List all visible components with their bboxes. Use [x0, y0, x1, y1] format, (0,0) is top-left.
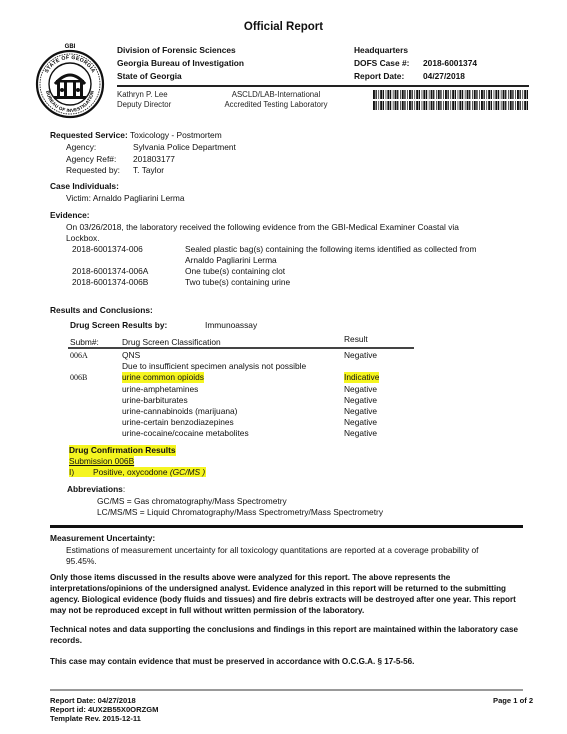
cell-result: Negative	[344, 406, 377, 417]
confirmation-submission: Submission 006B	[69, 456, 134, 467]
disclaimer-analysis: Only those items discussed in the result…	[50, 573, 530, 616]
confirmation-item-number: I)	[69, 467, 74, 478]
report-title: Official Report	[0, 20, 567, 35]
abbreviation-gcms: GC/MS = Gas chromatography/Mass Spectrom…	[97, 496, 287, 507]
svg-text:STATE OF GEORGIA: STATE OF GEORGIA	[44, 55, 96, 74]
agency-value: Sylvania Police Department	[133, 142, 236, 153]
cell-result: Negative	[344, 395, 377, 406]
agency-ref-label: Agency Ref#:	[66, 154, 116, 165]
evidence-item-desc: Two tube(s) containing urine	[185, 277, 290, 288]
table-row: urine-amphetaminesNegative	[70, 384, 415, 395]
uncertainty-text-cont: 95.45%.	[66, 556, 97, 567]
cell-classification: Due to insufficient specimen analysis no…	[122, 361, 306, 372]
cell-subm: 006B	[70, 373, 87, 383]
cell-result: Indicative	[344, 372, 379, 383]
victim: Victim: Arnaldo Pagliarini Lerma	[66, 193, 185, 204]
col-result: Result	[344, 334, 368, 345]
abbreviation-lcmsms: LC/MS/MS = Liquid Chromatography/Mass Sp…	[97, 507, 383, 518]
evidence-intro: On 03/26/2018, the laboratory received t…	[66, 222, 459, 233]
seal-top-text: GBI	[65, 44, 76, 50]
date-value: 04/27/2018	[423, 71, 465, 82]
disclaimer-technical-notes: Technical notes and data supporting the …	[50, 625, 530, 647]
table-row: 006Burine common opioidsIndicative	[70, 372, 415, 383]
case-label: DOFS Case #:	[354, 58, 409, 69]
table-header-rule	[68, 347, 414, 349]
case-individuals-heading: Case Individuals:	[50, 181, 119, 192]
footer-divider	[50, 689, 523, 691]
section-divider	[50, 525, 523, 528]
cell-classification: urine common opioids	[122, 372, 204, 383]
cell-classification: urine-barbiturates	[122, 395, 188, 406]
accreditation-line1: ASCLD/LAB-International	[216, 90, 336, 100]
service-value: Toxicology - Postmortem	[130, 130, 222, 141]
case-value: 2018-6001374	[423, 58, 477, 69]
screen-label: Drug Screen Results by:	[70, 320, 167, 331]
cell-subm: 006A	[70, 351, 88, 361]
table-row: Due to insufficient specimen analysis no…	[70, 361, 415, 372]
disclaimer-ocga: This case may contain evidence that must…	[50, 657, 530, 668]
org-division: Division of Forensic Sciences	[117, 45, 236, 56]
evidence-intro-cont: Lockbox.	[66, 233, 100, 244]
requested-by-value: T. Taylor	[133, 165, 164, 176]
svg-text:BUREAU OF INVESTIGATION: BUREAU OF INVESTIGATION	[45, 90, 95, 113]
table-row: urine-cocaine/cocaine metabolitesNegativ…	[70, 428, 415, 439]
confirmation-heading: Drug Confirmation Results	[69, 445, 176, 456]
date-label: Report Date:	[354, 71, 404, 82]
table-row: urine-certain benzodiazepinesNegative	[70, 417, 415, 428]
cell-result: Negative	[344, 384, 377, 395]
evidence-item-desc: One tube(s) containing clot	[185, 266, 285, 277]
evidence-item-id: 2018-6001374-006B	[72, 277, 148, 288]
evidence-item-id: 2018-6001374-006A	[72, 266, 148, 277]
cell-classification: urine-cocaine/cocaine metabolites	[122, 428, 249, 439]
cell-classification: QNS	[122, 350, 140, 361]
footer-template-rev: Template Rev. 2015-12-11	[50, 714, 141, 724]
state-seal-icon: GBI STATE OF GEORGIA BUREAU OF INVESTIGA…	[33, 40, 107, 120]
table-header: Subm#: Drug Screen Classification Result	[70, 336, 415, 347]
cell-result: Negative	[344, 428, 377, 439]
org-state: State of Georgia	[117, 71, 182, 82]
cell-classification: urine-cannabinoids (marijuana)	[122, 406, 237, 417]
requested-by-label: Requested by:	[66, 165, 120, 176]
table-row: urine-cannabinoids (marijuana)Negative	[70, 406, 415, 417]
barcode-icon	[373, 90, 529, 99]
org-bureau: Georgia Bureau of Investigation	[117, 58, 244, 69]
evidence-item-id: 2018-6001374-006	[72, 244, 143, 255]
results-heading: Results and Conclusions:	[50, 305, 153, 316]
uncertainty-heading: Measurement Uncertainty:	[50, 533, 155, 544]
service-label: Requested Service:	[50, 130, 128, 141]
footer-page-number: Page 1 of 2	[493, 696, 533, 706]
evidence-item-desc: Sealed plastic bag(s) containing the fol…	[185, 244, 476, 255]
screen-method: Immunoassay	[205, 320, 257, 331]
evidence-item-desc-cont: Arnaldo Pagliarini Lerma	[185, 255, 277, 266]
confirmation-item-text: Positive, oxycodone (GC/MS )	[93, 467, 205, 478]
director-title: Deputy Director	[117, 100, 171, 110]
accreditation-line2: Accredited Testing Laboratory	[216, 100, 336, 110]
evidence-heading: Evidence:	[50, 210, 90, 221]
director-name: Kathryn P. Lee	[117, 90, 168, 100]
confirmation-item: I) Positive, oxycodone (GC/MS )	[69, 467, 206, 477]
header-divider	[117, 85, 529, 87]
cell-result: Negative	[344, 350, 377, 361]
barcode-icon	[373, 101, 529, 110]
cell-classification: urine-certain benzodiazepines	[122, 417, 234, 428]
uncertainty-text: Estimations of measurement uncertainty f…	[66, 545, 478, 556]
abbreviations-heading: Abbreviations:	[67, 484, 125, 495]
location: Headquarters	[354, 45, 408, 56]
agency-label: Agency:	[66, 142, 96, 153]
table-row: urine-barbituratesNegative	[70, 395, 415, 406]
cell-result: Negative	[344, 417, 377, 428]
table-row: 006AQNSNegative	[70, 350, 415, 361]
agency-ref-value: 201803177	[133, 154, 175, 165]
cell-classification: urine-amphetamines	[122, 384, 198, 395]
